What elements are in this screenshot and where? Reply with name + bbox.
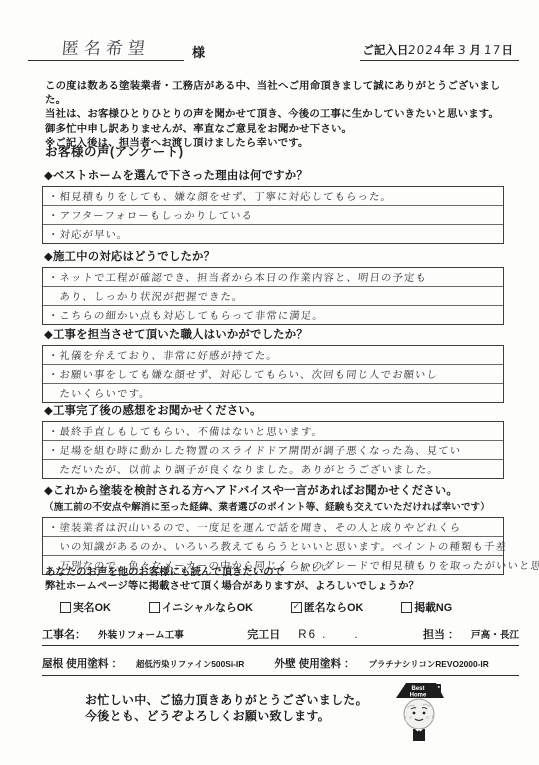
answer-line: ・ネットで工程が確認でき、担当者から本日の作業内容と、明日の予定も (43, 268, 503, 287)
question-heading: ◆これから塗装を検討される方へアドバイスや一言があればお聞かせください。 (44, 482, 504, 498)
recipient-name-field: 匿名希望 (28, 34, 184, 61)
answer-line: ・足場を組む時に動かした物置のスライドドア開閉が調子悪くなった為、見てい (43, 441, 503, 460)
handwritten-answer: ・こちらの細かい点も対応してもらって非常に満足。 (47, 307, 325, 325)
closing-line: 今後とも、どうぞよろしくお願い致します。 (85, 708, 368, 724)
answer-line: ・最終手直しもしてもらい、不備はないと思います。 (43, 422, 503, 441)
date-year: 2024 (408, 43, 444, 57)
checkbox-initials (149, 602, 160, 613)
question-heading: ◆施工中の対応はどうでしたか？ (44, 248, 504, 264)
survey-title: お客様の声(アンケート) (45, 142, 184, 160)
handwritten-answer: ・お願い事をしても嫌な顔せず、対応してもらい、次回も同じ人でお願いし (47, 366, 439, 384)
handwritten-answer: ・アフターフォローもしっかりしている (47, 207, 254, 225)
question-heading: ◆ベストホームを選んで下さった理由は何ですか？ (44, 167, 504, 183)
date-label: ご記入日 (362, 45, 408, 57)
answer-box: ・最終手直しもしてもらい、不備はないと思います。 ・足場を組む時に動かした物置の… (42, 421, 504, 479)
checkbox-anonymous-checked: ✓ (291, 602, 302, 613)
completion-date-label: 完工日 (247, 626, 280, 642)
handwritten-answer: ・ネットで工程が確認でき、担当者から本日の作業内容と、明日の予定も (47, 269, 428, 287)
mascot-eye (423, 712, 426, 715)
answer-line: ・こちらの細かい点も対応してもらって非常に満足。 (43, 306, 503, 324)
handwritten-answer: ・相見積もりをしても、嫌な顔をせず、丁寧に対応してもらった。 (47, 188, 393, 206)
consent-line: あなたのお声を他のお客様にも読んで頂きたいので (45, 566, 419, 580)
handwritten-answer: たいくらいです。 (47, 385, 151, 403)
answer-line: ・塗装業者は沢山いるので、一度足を運んで話を聞き、その人と成りやどれくら (43, 518, 503, 537)
survey-sheet: 匿名希望 様 ご記入日2024年 3 月 17日 この度は数ある塗装業者・工務店… (0, 0, 539, 765)
answer-line: あり、しっかり状況が把握できた。 (43, 287, 503, 306)
date-month: 3 (457, 43, 467, 57)
closing-line: お忙しい中、ご協力頂きありがとうございました。 (85, 692, 368, 708)
option-anonymous: ✓匿名ならOK (291, 600, 363, 615)
answer-line: ・礼儀を弁えており、非常に好感が持てた。 (43, 346, 503, 365)
month-suffix: 月 (470, 45, 482, 57)
wall-paint-label: 外壁 使用塗料 ： (275, 656, 355, 671)
option-label: 掲載NG (414, 600, 452, 615)
wall-paint-value: プラチナシリコンREVO2000-IR (369, 658, 489, 670)
consent-options: 実名OK イニシャルならOK ✓匿名ならOK 掲載NG (60, 600, 509, 615)
consent-line: 弊社ホームページ等に掲載させて頂く場合がありますが、よろしいでしょうか？ (45, 580, 419, 594)
intro-line: 御多忙中申し訳ありませんが、率直なご意見をお聞かせ下さい。 (45, 123, 521, 137)
header: 匿名希望 様 ご記入日2024年 3 月 17日 (28, 34, 519, 61)
answer-line: いの知識があるのか、いろいろ教えてもらうといいと思います。ペイントの種類も千差 (43, 537, 503, 556)
question-block-1: ◆ベストホームを選んで下さった理由は何ですか？ ・相見積もりをしても、嫌な顔をせ… (42, 167, 504, 244)
answer-box: ・相見積もりをしても、嫌な顔をせず、丁寧に対応してもらった。 ・アフターフォロー… (42, 186, 504, 244)
answer-box: ・ネットで工程が確認でき、担当者から本日の作業内容と、明日の予定も あり、しっか… (42, 267, 504, 325)
option-initials: イニシャルならOK (149, 600, 253, 615)
handwritten-answer: ・礼儀を弁えており、非常に好感が持てた。 (47, 347, 279, 365)
answer-line: ・お願い事をしても嫌な顔せず、対応してもらい、次回も同じ人でお願いし (43, 365, 503, 384)
answer-line: ・対応が早い。 (43, 225, 503, 243)
question-heading: ◆工事を担当させて頂いた職人はいかがでしたか？ (44, 326, 504, 342)
closing-message: お忙しい中、ご協力頂きありがとうございました。 今後とも、どうぞよろしくお願い致… (85, 692, 368, 724)
recipient-suffix: 様 (192, 42, 205, 61)
option-label: 匿名ならOK (304, 600, 363, 615)
handwritten-answer: ・最終手直しもしてもらい、不備はないと思います。 (47, 423, 324, 441)
mascot-eye (413, 712, 416, 715)
question-block-3: ◆工事を担当させて頂いた職人はいかがでしたか？ ・礼儀を弁えており、非常に好感が… (42, 326, 504, 403)
answer-line: ただいたが、以前より調子が良くなりました。ありがとうございました。 (43, 460, 503, 478)
option-label: 実名OK (73, 600, 111, 615)
handwritten-answer: あり、しっかり状況が把握できた。 (47, 288, 244, 306)
question-subheading: （施工前の不安点や解消に至った経緯、業者選びのポイント等、経験も交えていただけれ… (44, 499, 504, 513)
option-label: イニシャルならOK (162, 600, 253, 615)
recipient-name-block: 匿名希望 様 (28, 34, 205, 61)
consent-note: あなたのお声を他のお客様にも読んで頂きたいので 弊社ホームページ等に掲載させて頂… (45, 566, 419, 593)
mascot-text-best: Best (411, 686, 424, 692)
completion-date-value: R6 . . (298, 626, 359, 642)
paint-info-row: 屋根 使用塗料 ： 超低汚染リファイン500Si-IR 外壁 使用塗料 ： プラ… (42, 656, 519, 676)
best-home-mascot-logo: Best Home (388, 680, 450, 752)
answer-line: ・相見積もりをしても、嫌な顔をせず、丁寧に対応してもらった。 (43, 187, 503, 206)
checkbox-real-name (60, 602, 71, 613)
handwritten-answer: ・足場を組む時に動かした物置のスライドドア開閉が調子悪くなった為、見てい (47, 442, 462, 460)
answer-line: たいくらいです。 (43, 384, 503, 402)
question-block-4: ◆工事完了後の感想をお聞かせください。 ・最終手直しもしてもらい、不備はないと思… (42, 402, 504, 479)
recipient-name: 匿名希望 (61, 34, 151, 59)
question-block-2: ◆施工中の対応はどうでしたか？ ・ネットで工程が確認でき、担当者から本日の作業内… (42, 248, 504, 325)
project-name-label: 工事名： (42, 626, 86, 642)
handwritten-answer: ・対応が早い。 (47, 226, 129, 244)
option-no-publish: 掲載NG (401, 600, 452, 615)
intro-line: この度は数ある塗装業者・工務店がある中、当社へご用命頂きまして誠にありがとうござ… (45, 80, 521, 107)
intro-line: 当社は、お客様ひとりひとりの声を聞かせて頂き、今後の工事に生かしていきたいと思い… (45, 108, 521, 122)
option-real-name: 実名OK (60, 600, 111, 615)
entry-date-field: ご記入日2024年 3 月 17日 (360, 42, 519, 61)
roof-paint-label: 屋根 使用塗料 ： (42, 656, 122, 671)
question-block-5: ◆これから塗装を検討される方へアドバイスや一言があればお聞かせください。 （施工… (42, 482, 504, 575)
intro-paragraph: この度は数ある塗装業者・工務店がある中、当社へご用命頂きまして誠にありがとうござ… (45, 80, 521, 152)
answer-box: ・礼儀を弁えており、非常に好感が持てた。 ・お願い事をしても嫌な顔せず、対応して… (42, 345, 504, 403)
handwritten-answer: ・塗装業者は沢山いるので、一度足を運んで話を聞き、その人と成りやどれくら (47, 519, 462, 537)
staff-value: 戸高・長江 (471, 627, 519, 641)
roof-paint-value: 超低汚染リファイン500Si-IR (136, 658, 244, 670)
handwritten-answer: ただいたが、以前より調子が良くなりました。ありがとうございました。 (47, 461, 439, 479)
mascot-head (404, 699, 434, 729)
question-heading: ◆工事完了後の感想をお聞かせください。 (44, 402, 504, 418)
handwritten-answer: いの知識があるのか、いろいろ教えてもらうといいと思います。ペイントの種類も千差 (47, 538, 508, 556)
project-name-value: 外装リフォーム工事 (98, 627, 184, 641)
day-suffix: 日 (502, 45, 514, 57)
project-info-row: 工事名： 外装リフォーム工事 完工日 R6 . . 担当 ： 戸高・長江 (42, 626, 519, 646)
staff-label: 担当 ： (423, 626, 459, 642)
checkbox-no-publish (401, 602, 412, 613)
mascot-text-home: Home (410, 693, 427, 699)
answer-line: ・アフターフォローもしっかりしている (43, 206, 503, 225)
year-suffix: 年 (443, 45, 455, 57)
date-day: 17 (484, 43, 503, 57)
